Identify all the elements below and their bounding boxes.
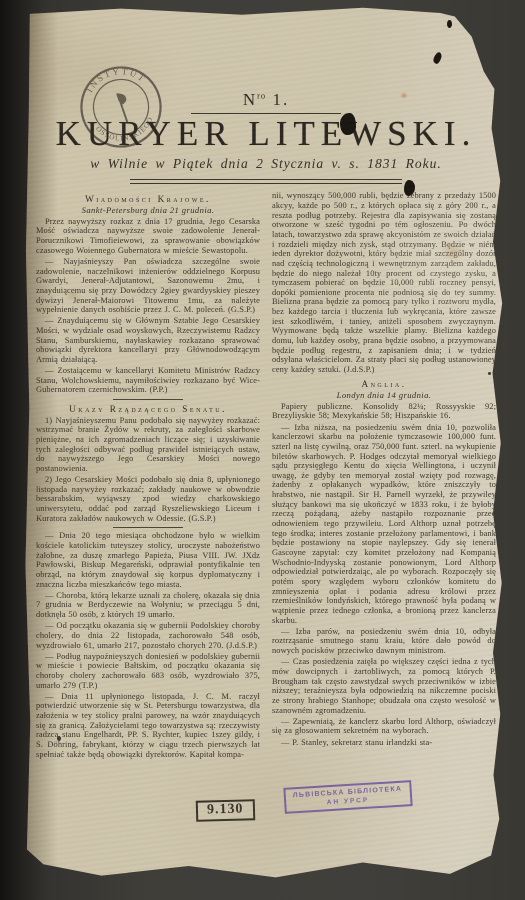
library-stamp: ЛЬВІВСЬКА БІБЛІОТЕКА АН УРСР [283, 780, 412, 814]
paragraph: — P. Stanley, sekretarz stanu irlandzki … [272, 738, 496, 748]
paragraph: Papiery publiczne. Konsolidy 82¼; Rossyy… [272, 402, 496, 421]
masthead-dateline: w Wilnie w Piątek dnia 2 Stycznia v. s. … [24, 156, 508, 172]
paragraph: — Dnia 11 upłynionego listopada, J. C. M… [36, 692, 260, 760]
section-dateline: Sankt-Petersburg dnia 21 grudnia. [36, 205, 260, 215]
section-heading: Wiadomości Krajowe. [36, 194, 260, 204]
paragraph: — Nayjaśnieyszy Pan oświadcza szczególne… [36, 257, 260, 315]
column-right: nii, wynoszący 500,000 rubli, będzie zeb… [272, 190, 496, 761]
newspaper-page: INSTYTUT OSSOLIŃSKIEGO Nro 1. KURYER LIT… [24, 6, 508, 880]
paragraph: Przez naywyższy rozkaz z dnia 17 grudnia… [36, 217, 260, 256]
paragraph: — Znayduiącemu się w Głównym Sztabie Jeg… [36, 316, 260, 364]
section-rule [113, 399, 183, 400]
paragraph: — Izba parów, na posiedzeniu swém dnia 1… [272, 627, 496, 656]
issue-superscript: ro [257, 90, 266, 100]
paragraph: — Zapewniaią, że kanclerz skarbu lord Al… [272, 717, 496, 736]
newspaper-title: KURYER LITEWSKI. [24, 116, 508, 153]
paragraph: — Od początku okazania się w gubernii Po… [36, 621, 260, 650]
article-columns: Wiadomości Krajowe.Sankt-Petersburg dnia… [24, 184, 508, 761]
paragraph: — Dnia 20 tego miesiąca obchodzone było … [36, 531, 260, 589]
column-left: Wiadomości Krajowe.Sankt-Petersburg dnia… [36, 190, 260, 761]
section-dateline: Londyn dnia 14 grudnia. [272, 390, 496, 400]
section-heading: Anglia. [272, 379, 496, 389]
paragraph: — Czas posiedzenia zaięła po większey cz… [272, 657, 496, 715]
paragraph: — Izba niższa, na posiedzeniu swém dnia … [272, 423, 496, 626]
inventory-number-stamp: 9.130 [196, 799, 255, 822]
masthead-double-rule [130, 179, 402, 184]
paragraph: — Choroba, którą lekarze uznali za chole… [36, 591, 260, 620]
section-rule [113, 527, 183, 528]
issue-number: Nro 1. [24, 90, 508, 110]
masthead: Nro 1. KURYER LITEWSKI. w Wilnie w Piąte… [24, 6, 508, 184]
paragraph: nii, wynoszący 500,000 rubli, będzie zeb… [272, 191, 496, 374]
paragraph: 1) Nayjaśnieyszemu Panu podobało się nay… [36, 416, 260, 474]
section-heading: Ukazy Rządzącego Senatu. [36, 404, 260, 414]
paragraph: 2) Jego Cesarskiey Mości podobało się dn… [36, 475, 260, 523]
paragraph: — Zostaiącemu w kancellaryi Komitetu Min… [36, 366, 260, 395]
paragraph: — Podług naypoźnieyszych doniesień w pod… [36, 652, 260, 691]
